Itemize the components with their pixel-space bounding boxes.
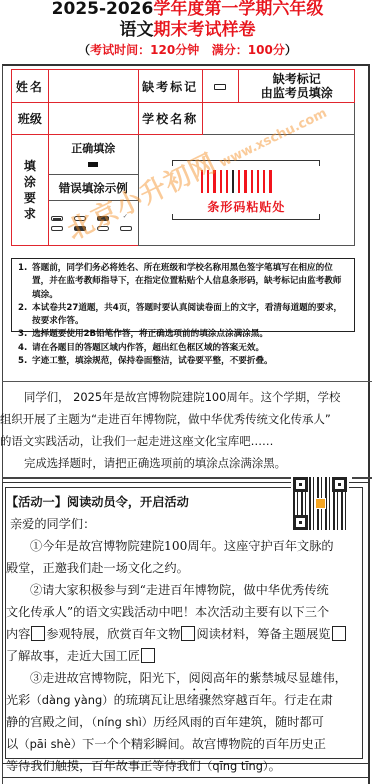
paren-close: ）: [285, 43, 297, 57]
pinyin-ningshi: （níng shì）: [91, 715, 153, 729]
section-divider: [2, 381, 372, 382]
punctuation-blank-3[interactable]: [332, 626, 346, 641]
activity-text-line: 静的宫殿之间，（níng shì）历经风雨的百年建筑，随时都可: [6, 711, 362, 733]
punctuation-blank-2[interactable]: [181, 626, 195, 641]
wrong-fill-label: 错误填涂示例: [59, 181, 128, 195]
activity-text-line: ①今年是故宫博物院建院100周年。这座守护百年文脉的: [6, 535, 362, 557]
pinyin-dangyang: （dàng yàng）: [30, 693, 113, 707]
wrong-fill-partial-icon: [97, 216, 109, 221]
fill-requirements-label: 填 涂 要 求: [12, 135, 49, 246]
intro-line: 的语文实践活动，让我们一起走进这座文化宝库吧……: [0, 430, 372, 452]
wrong-fill-label-cell: 错误填涂示例: [48, 175, 138, 201]
correct-fill-label: 正确填涂: [49, 140, 138, 156]
title-exam-type: 期末考试样卷: [154, 20, 256, 40]
instruction-item: 2.本试卷共27道题，共4页，答题时要认真阅读卷面上的文字，看清每道题的要求，按…: [18, 302, 348, 329]
wrong-fill-circle-icon: [74, 216, 86, 221]
page-bottom-border: [2, 777, 370, 778]
wrong-fill-double-circle-icon: [97, 226, 109, 231]
punctuation-blank-1[interactable]: [31, 626, 45, 641]
activity-text-line: 以（pāi shè）下一个个精彩瞬间。故宫博物院的百年历史正: [6, 733, 362, 755]
intro-line: 同学们， 2025年是故宫博物院建院100周年。这个学期，学校: [0, 386, 372, 408]
activity-text-line: 了解故事，走近大国工匠: [6, 645, 362, 667]
punctuation-blank-4[interactable]: [141, 648, 155, 663]
instructions-box: 1.答题前，同学们务必将姓名、所在班级和学校名称用黑色签字笔填写在相应的位置，并…: [11, 258, 355, 332]
exam-info: （考试时间：120分钟 满分：100分）: [0, 42, 375, 58]
exam-title-line2: 语文期末考试样卷: [0, 20, 375, 40]
filled-bubble-icon: [88, 162, 98, 167]
activity-text-line: ②请大家积极参与到“走进百年博物院，做中华优秀传统: [6, 579, 362, 601]
school-label: 学校名称: [138, 103, 202, 135]
wrong-fill-slash-icon: [51, 216, 63, 221]
paren-open: （: [78, 43, 90, 57]
instruction-item: 3.选择题要使用2B铅笔作答，将正确选项前的填涂点涂满涂黑。: [18, 328, 348, 341]
pinyin-qingting: （qīng tīng）: [201, 759, 269, 773]
absent-mark-note: 缺考标记 由监考员填涂: [239, 70, 355, 103]
barcode-icon: [201, 170, 272, 193]
class-label: 班级: [12, 103, 49, 135]
absent-note-line2: 由监考员填涂: [239, 86, 354, 100]
student-info-table: 姓名 缺考标记 缺考标记 由监考员填涂 班级 学校名称 填 涂 要 求 正确填涂: [11, 69, 355, 246]
absent-note-line1: 缺考标记: [239, 72, 354, 86]
activity-text-line: ③走进故宫博物院，阳光下，阅阅高年的紫禁城尽显雄伟，: [6, 667, 362, 689]
title-year: 2025-2026: [52, 0, 154, 19]
activity-text-line: 等待我们触摸，百年故事正等待我们（qīng tīng）。: [6, 755, 362, 777]
name-label: 姓名: [12, 70, 49, 103]
activity-text-line: 内容参观特展，欣赏百年文物阅读材料，筹备主题展览: [6, 623, 362, 645]
emphasis-char-2: 阅: [201, 671, 213, 685]
name-field[interactable]: [48, 70, 138, 103]
absent-bubble-icon[interactable]: [214, 84, 226, 90]
activity-one: 【活动一】阅读动员令，开启活动 亲爱的同学们： ①今年是故宫博物院建院100周年…: [6, 491, 362, 777]
class-field[interactable]: [48, 103, 138, 135]
wrong-fill-wedge-icon: [74, 226, 86, 231]
emphasis-char-1: 阅: [188, 671, 200, 685]
exam-title-line1: 2025-2026学年度第一学期六年级: [0, 0, 375, 19]
absent-mark-bubble[interactable]: [202, 70, 239, 103]
barcode-placeholder: 条形码粘贴处: [172, 160, 320, 220]
school-field[interactable]: [202, 103, 354, 135]
correct-fill-cell: 正确填涂: [48, 135, 138, 175]
barcode-area: 条形码粘贴处: [138, 135, 354, 246]
instruction-item: 1.答题前，同学们务必将姓名、所在班级和学校名称用黑色签字笔填写在相应的位置，并…: [18, 262, 348, 302]
activity-title: 【活动一】阅读动员令，开启活动: [6, 491, 362, 513]
activity-greeting: 亲爱的同学们：: [6, 513, 362, 535]
intro-paragraph: 同学们， 2025年是故宫博物院建院100周年。这个学期，学校 组织开展了主题为…: [0, 386, 372, 474]
section-divider: [352, 477, 372, 479]
exam-time: 考试时间：120分钟: [90, 43, 199, 57]
exam-score: 满分：100分: [212, 43, 285, 57]
barcode-label: 条形码粘贴处: [172, 198, 320, 215]
wrong-fill-examples: [48, 201, 138, 246]
intro-line: 组织开展了主题为“走进百年博物院，做中华优秀传统文化传承人”: [0, 408, 372, 430]
activity-text-line: 光彩（dàng yàng）的琉璃瓦让思绪骤然穿越百年。行走在肃: [6, 689, 362, 711]
pinyin-paishe: （pāi shè）: [18, 737, 82, 751]
activity-text-line: 殿堂，正邀我们赴一场文化之约。: [6, 557, 362, 579]
instruction-item: 5.字迹工整，填涂规范，保持卷面整洁，试卷要平整，不要折叠。: [18, 355, 348, 368]
section-divider: [2, 477, 292, 479]
title-term: 学年度第一学期六年级: [153, 0, 323, 19]
absent-mark-label: 缺考标记: [138, 70, 202, 103]
instruction-item: 4.请在各题目的答题区域内作答，超出红色框区域的答案无效。: [18, 342, 348, 355]
intro-instruction: 完成选择题时，请把正确选项前的填涂点涂满涂黑。: [0, 452, 372, 474]
wrong-fill-outline-icon: [120, 226, 132, 231]
wrong-fill-tick-icon: [120, 216, 132, 221]
wrong-fill-empty-icon: [51, 226, 63, 231]
activity-text-line: 文化传承人”的语文实践活动中吧！本次活动主要有以下三个: [6, 601, 362, 623]
title-subject: 语文: [120, 20, 154, 40]
